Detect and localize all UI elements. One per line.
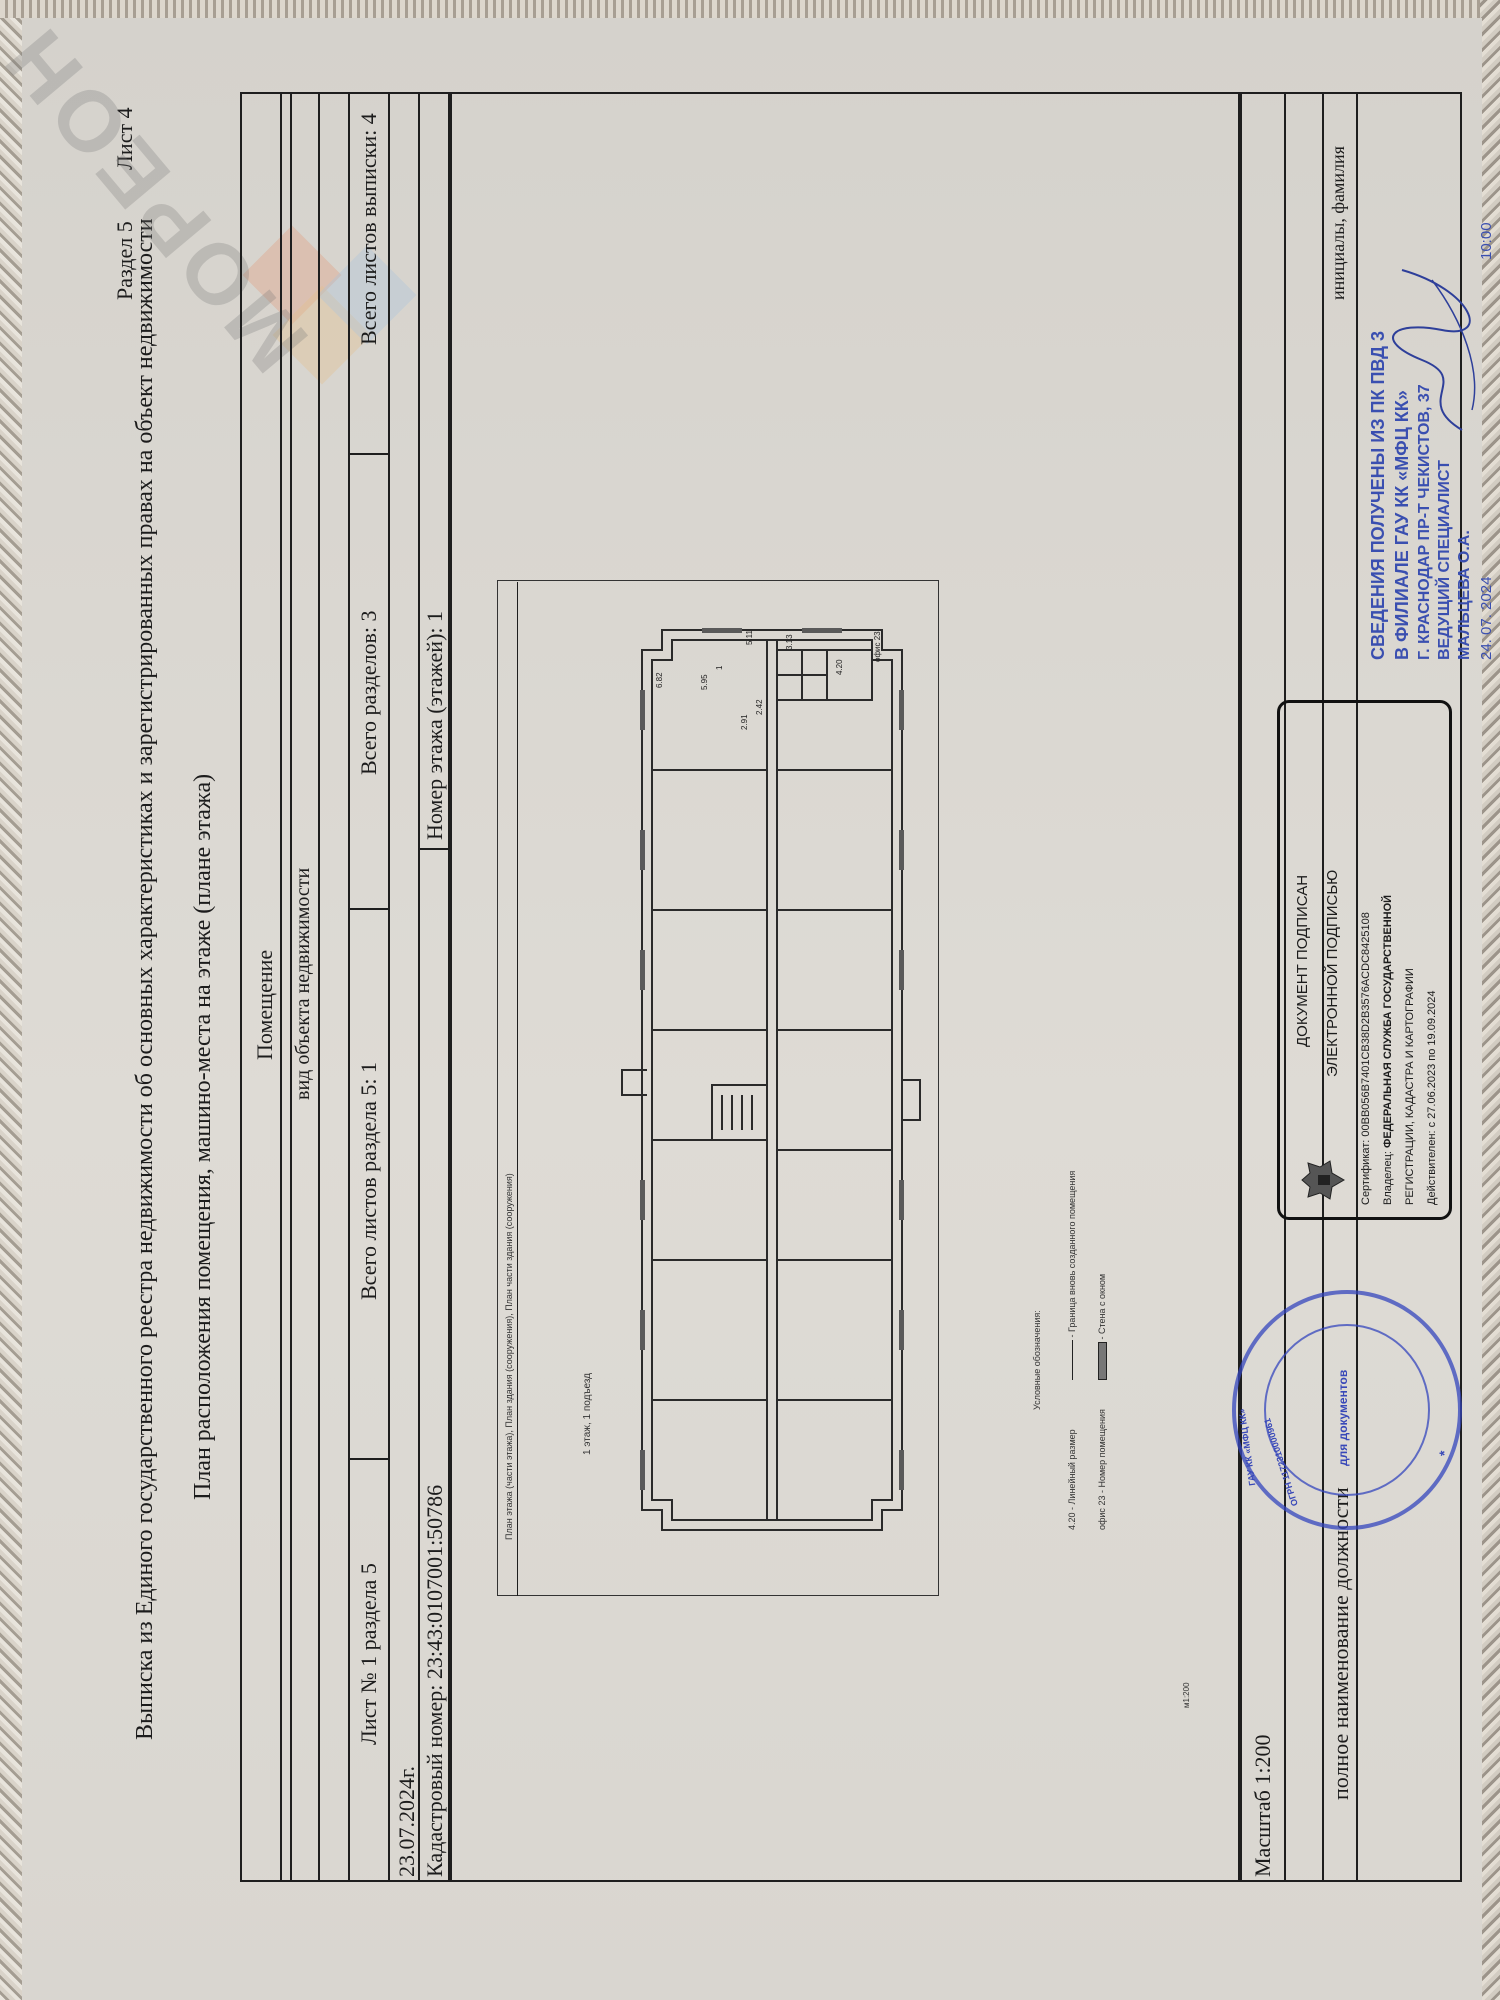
scale-label: Масштаб 1:200 — [1250, 1735, 1276, 1877]
legend-item-boundary: - Граница вновь созданного помещения — [1067, 1171, 1077, 1380]
svg-text:5.11: 5.11 — [745, 629, 754, 645]
esig-owner-name: ФЕДЕРАЛЬНАЯ СЛУЖБА ГОСУДАРСТВЕННОЙ — [1382, 895, 1394, 1148]
svg-text:3.13: 3.13 — [785, 634, 794, 650]
background-tablecloth-left — [0, 0, 22, 2000]
esig-owner2: РЕГИСТРАЦИИ, КАДАСТРА И КАРТОГРАФИИ — [1404, 968, 1416, 1205]
svg-text:2.91: 2.91 — [740, 714, 749, 730]
coat-of-arms-icon — [1298, 1157, 1348, 1203]
table-rule — [348, 1458, 388, 1460]
esig-line1: ДОКУМЕНТ ПОДПИСАН — [1294, 875, 1311, 1047]
stamp-note-line5: МАЛЬЦЕВА О.А. — [1456, 530, 1474, 660]
legend-label: Граница вновь созданного помещения — [1067, 1171, 1077, 1332]
document-subtitle: План расположения помещения, машино-мест… — [190, 774, 217, 1500]
legend-label: Линейный размер — [1067, 1429, 1077, 1504]
extract-date: 23.07.2024г. — [394, 1766, 420, 1877]
floor-caption: 1 этаж, 1 подъезд — [582, 1373, 593, 1455]
official-caption: полное наименование должности — [1328, 1487, 1354, 1800]
legend-symbol: 4.20 — [1067, 1512, 1077, 1530]
stamp-note-line4: ВЕДУЩИЙ СПЕЦИАЛИСТ — [1436, 460, 1454, 660]
plan-caption-top: План этажа (части этажа), План здания (с… — [504, 1173, 514, 1540]
legend-item-dimension: 4.20 - Линейный размер — [1067, 1429, 1077, 1530]
svg-text:5.95: 5.95 — [700, 674, 709, 690]
svg-text:6.82: 6.82 — [655, 672, 664, 688]
legend-symbol: офис 23 — [1097, 1496, 1107, 1530]
table-rule — [418, 848, 450, 850]
esig-certificate: Сертификат: 00BB056B7401CB38D2B3576ACDC8… — [1360, 912, 1372, 1205]
room-number: 1 — [715, 665, 724, 670]
background-tablecloth-top — [0, 0, 1500, 18]
scale-corner-label: м1:200 — [1182, 1682, 1191, 1708]
total-sheets-extract: Всего листов выписки: 4 — [356, 113, 382, 345]
cadastral-number: Кадастровый номер: 23:43:0107001:50786 — [422, 1485, 448, 1877]
legend-title: Условные обозначения: — [1032, 1310, 1042, 1410]
table-rule — [348, 92, 350, 1882]
table-rule — [280, 92, 282, 1882]
wall-window-icon — [1098, 1342, 1107, 1380]
legend-label: Стена с окном — [1097, 1274, 1107, 1334]
stamp-note-date: 24. 07. 2024 — [1478, 577, 1495, 660]
table-rule — [348, 908, 388, 910]
esig-valid: Действителен: с 27.06.2023 по 19.09.2024 — [1426, 991, 1438, 1205]
table-rule — [418, 92, 420, 1882]
legend-item-wall-window: - Стена с окном — [1097, 1274, 1107, 1380]
esig-owner-label: Владелец: — [1382, 1151, 1394, 1205]
e-signature-box: ДОКУМЕНТ ПОДПИСАН ЭЛЕКТРОННОЙ ПОДПИСЬЮ С… — [1277, 700, 1452, 1220]
document-title: Выписка из Единого государственного реес… — [132, 218, 159, 1740]
table-rule — [388, 92, 390, 1882]
stamp-center: для документов — [1336, 1370, 1350, 1466]
total-sections: Всего разделов: 3 — [356, 611, 382, 775]
object-type-value: Помещение — [252, 950, 278, 1060]
table-rule — [348, 453, 388, 455]
stamp-note-time: 10:00 — [1478, 222, 1495, 260]
document-page: Выписка из Единого государственного реес… — [22, 18, 1482, 2000]
signature-caption: инициалы, фамилия — [1328, 146, 1349, 300]
floor-number: Номер этажа (этажей): 1 — [422, 611, 448, 840]
round-stamp: ГАУ КК «МФЦ КК» ОГРН 1172310000961 для д… — [1232, 1290, 1462, 1530]
legend-item-room-number: офис 23 - Номер помещения — [1097, 1409, 1107, 1530]
sheet-in-section: Лист № 1 раздела 5 — [356, 1563, 382, 1745]
svg-text:офис 23: офис 23 — [873, 631, 882, 662]
plan-caption-rule — [517, 582, 518, 1596]
table-rule — [318, 92, 320, 1882]
boundary-line-icon — [1072, 1340, 1073, 1380]
esig-line2: ЭЛЕКТРОННОЙ ПОДПИСЬЮ — [1324, 870, 1341, 1077]
floor-plan-drawing: 1 5.95 5.11 3.13 4.20 6.82 2.91 2.42 офи… — [602, 590, 922, 1550]
total-sheets-section: Всего листов раздела 5: 1 — [356, 1062, 382, 1300]
stamp-star: * — [1436, 1451, 1452, 1456]
object-type-caption: вид объекта недвижимости — [292, 868, 315, 1100]
svg-text:2.42: 2.42 — [755, 699, 764, 715]
handwritten-signature — [1372, 260, 1482, 440]
svg-text:4.20: 4.20 — [835, 659, 844, 675]
legend-label: Номер помещения — [1097, 1409, 1107, 1487]
esig-owner: Владелец: ФЕДЕРАЛЬНАЯ СЛУЖБА ГОСУДАРСТВЕ… — [1382, 895, 1394, 1205]
background-tablecloth-right — [1480, 0, 1500, 2000]
